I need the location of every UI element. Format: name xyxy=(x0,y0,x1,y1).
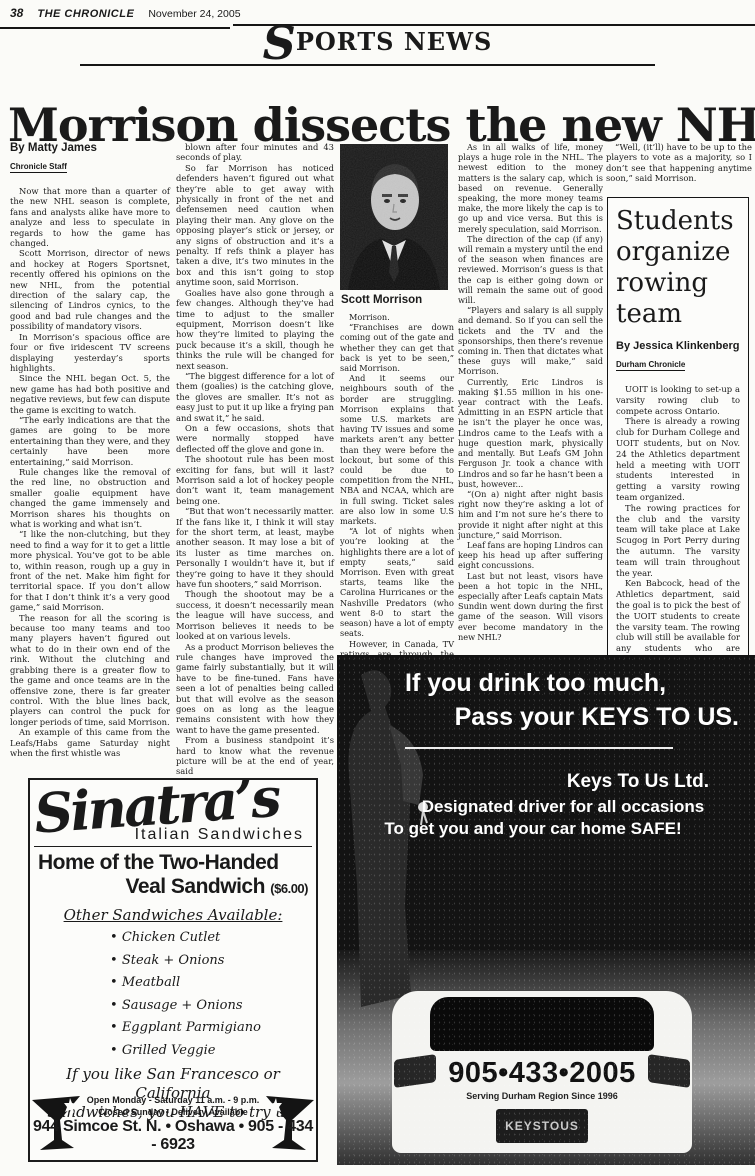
rowing-byline: By Jessica Klinkenberg xyxy=(616,340,740,352)
paragraph: “Franchises are down coming out of the g… xyxy=(340,322,454,373)
menu-item: Chicken Cutlet xyxy=(110,930,316,945)
paragraph: As a product Morrison believes the rule … xyxy=(176,642,334,736)
rowing-byline-block: By Jessica Klinkenberg Durham Chronicle xyxy=(616,340,740,384)
rowing-title-line: Students xyxy=(616,206,740,237)
sinatras-hours: Open Monday - Saturday 11 a.m. - 9 p.m. … xyxy=(30,1094,316,1118)
keys-to-us-ad: If you drink too much, Pass your KEYS TO… xyxy=(337,655,755,1165)
paragraph: “A lot of nights when you’re looking at … xyxy=(340,526,454,638)
rowing-title-line: team xyxy=(616,299,740,330)
menu-item: Meatball xyxy=(110,975,316,990)
paragraph: “I like the non-clutching, but they need… xyxy=(10,529,170,612)
sinatras-divider xyxy=(34,846,312,847)
paragraph: “But that won’t necessarily matter. If t… xyxy=(176,506,334,589)
keys-ad-tagline-2: To get you and your car home SAFE! xyxy=(347,819,719,839)
article-byline-org: Chronicle Staff xyxy=(10,162,67,173)
car-rear-window xyxy=(430,997,654,1051)
paragraph: Goalies have also gone through a few cha… xyxy=(176,288,334,371)
paragraph: UOIT is looking to set-up a varsity rowi… xyxy=(616,384,740,416)
keys-ad-tagline-1: Designated driver for all occasions xyxy=(377,797,749,817)
paragraph: Now that more than a quarter of the new … xyxy=(10,186,170,248)
article-column-3: Morrison. “Franchises are down coming ou… xyxy=(340,312,454,690)
sinatras-headline-2: Veal Sandwich ($6.00) xyxy=(30,875,308,899)
paragraph: “Players and salary is all supply and de… xyxy=(458,305,603,376)
paragraph: “Well, (it’ll) have to be up to the play… xyxy=(606,142,752,184)
publication-name: THE CHRONICLE xyxy=(37,8,134,20)
paragraph: The direction of the cap (if any) will r… xyxy=(458,234,603,305)
sinatras-headline-2-text: Veal Sandwich xyxy=(126,875,265,898)
keys-ad-headline-2: Pass your KEYS TO US. xyxy=(455,703,739,732)
sinatras-list-title: Other Sandwiches Available: xyxy=(30,906,316,924)
paragraph: Though the shootout may be a success, it… xyxy=(176,589,334,641)
paragraph: The rowing practices for the club and th… xyxy=(616,503,740,579)
keys-ad-brand: Keys To Us Ltd. xyxy=(567,771,709,793)
article-byline: By Matty James xyxy=(10,142,170,154)
sinatras-hours-line-2: Closed Sunday • Delivery Available xyxy=(30,1106,316,1118)
sinatras-ad: Sinatra’s Italian Sandwiches Home of the… xyxy=(28,778,318,1162)
menu-item: Sausage + Onions xyxy=(110,998,316,1013)
masthead: 38 THE CHRONICLE November 24, 2005 xyxy=(10,6,241,20)
newspaper-page: 38 THE CHRONICLE November 24, 2005 SPORT… xyxy=(0,0,755,1176)
photo-caption: Scott Morrison xyxy=(341,294,422,306)
article-column-1: By Matty James Chronicle Staff Now that … xyxy=(10,142,170,758)
paragraph: The shootout rule has been most exciting… xyxy=(176,454,334,506)
scott-morrison-photo xyxy=(340,144,448,290)
paragraph: The reason for all the scoring is becaus… xyxy=(10,613,170,727)
paragraph: An example of this came from the Leafs/H… xyxy=(10,727,170,758)
sinatras-hours-line-1: Open Monday - Saturday 11 a.m. - 9 p.m. xyxy=(30,1094,316,1106)
paragraph: Scott Morrison, director of news and hoc… xyxy=(10,248,170,331)
rowing-title-line: organize xyxy=(616,237,740,268)
keys-ad-headline-1: If you drink too much, xyxy=(405,669,666,698)
keys-ad-serving-line: Serving Durham Region Since 1996 xyxy=(392,1091,692,1101)
rowing-sidebar: Students organize rowing team By Jessica… xyxy=(607,197,749,686)
article-column-4: As in all walks of life, money plays a h… xyxy=(458,142,603,642)
license-plate: KEYSTOUS xyxy=(496,1109,588,1143)
sinatras-headline-1: Home of the Two-Handed xyxy=(38,851,316,875)
paragraph: And it seems our neighbours south of the… xyxy=(340,373,454,526)
sinatras-address: 944 Simcoe St. N. • Oshawa • 905 - 434 -… xyxy=(30,1118,316,1154)
section-initial-letter: S xyxy=(263,16,296,70)
rowing-title: Students organize rowing team xyxy=(616,206,740,330)
section-underline xyxy=(80,64,655,66)
paragraph: On a few occasions, shots that were norm… xyxy=(176,423,334,454)
article-column-5: “Well, (it’ll) have to be up to the play… xyxy=(606,142,752,184)
paragraph: Last but not least, visors have been a h… xyxy=(458,571,603,642)
paragraph: From a business standpoint it’s hard to … xyxy=(176,735,334,777)
section-title: PORTS NEWS xyxy=(296,27,493,56)
paragraph: Morrison. xyxy=(340,312,454,322)
paragraph: “(On a) night after night basis right no… xyxy=(458,489,603,540)
rowing-title-line: rowing xyxy=(616,268,740,299)
menu-item: Steak + Onions xyxy=(110,953,316,968)
publication-date: November 24, 2005 xyxy=(148,8,240,20)
keys-ad-phone: 905•433•2005 xyxy=(392,1057,692,1090)
menu-item: Eggplant Parmigiano xyxy=(110,1020,316,1035)
paragraph: Currently, Eric Lindros is making $1.55 … xyxy=(458,377,603,489)
paragraph: There is already a rowing club for Durha… xyxy=(616,416,740,502)
paragraph: As in all walks of life, money plays a h… xyxy=(458,142,603,234)
paragraph: Since the NHL began Oct. 5, the new game… xyxy=(10,373,170,415)
car-rear-photo: 905•433•2005 Serving Durham Region Since… xyxy=(392,991,692,1153)
paragraph: blown after four minutes and 43 seconds … xyxy=(176,142,334,163)
section-banner: SPORTS NEWS xyxy=(0,26,755,60)
paragraph: In Morrison’s spacious office are four o… xyxy=(10,332,170,374)
sinatras-price: ($6.00) xyxy=(270,881,308,896)
menu-item: Grilled Veggie xyxy=(110,1043,316,1058)
keys-ad-divider xyxy=(405,747,673,749)
rowing-byline-org: Durham Chronicle xyxy=(616,360,685,371)
article-column-2: blown after four minutes and 43 seconds … xyxy=(176,142,334,777)
paragraph: “The biggest difference for a lot of the… xyxy=(176,371,334,423)
page-number: 38 xyxy=(10,6,23,20)
paragraph: “The early indications are that the game… xyxy=(10,415,170,467)
paragraph: Leaf fans are hoping Lindros can keep hi… xyxy=(458,540,603,571)
paragraph: Rule changes like the removal of the red… xyxy=(10,467,170,529)
paragraph: So far Morrison has noticed defenders ha… xyxy=(176,163,334,288)
